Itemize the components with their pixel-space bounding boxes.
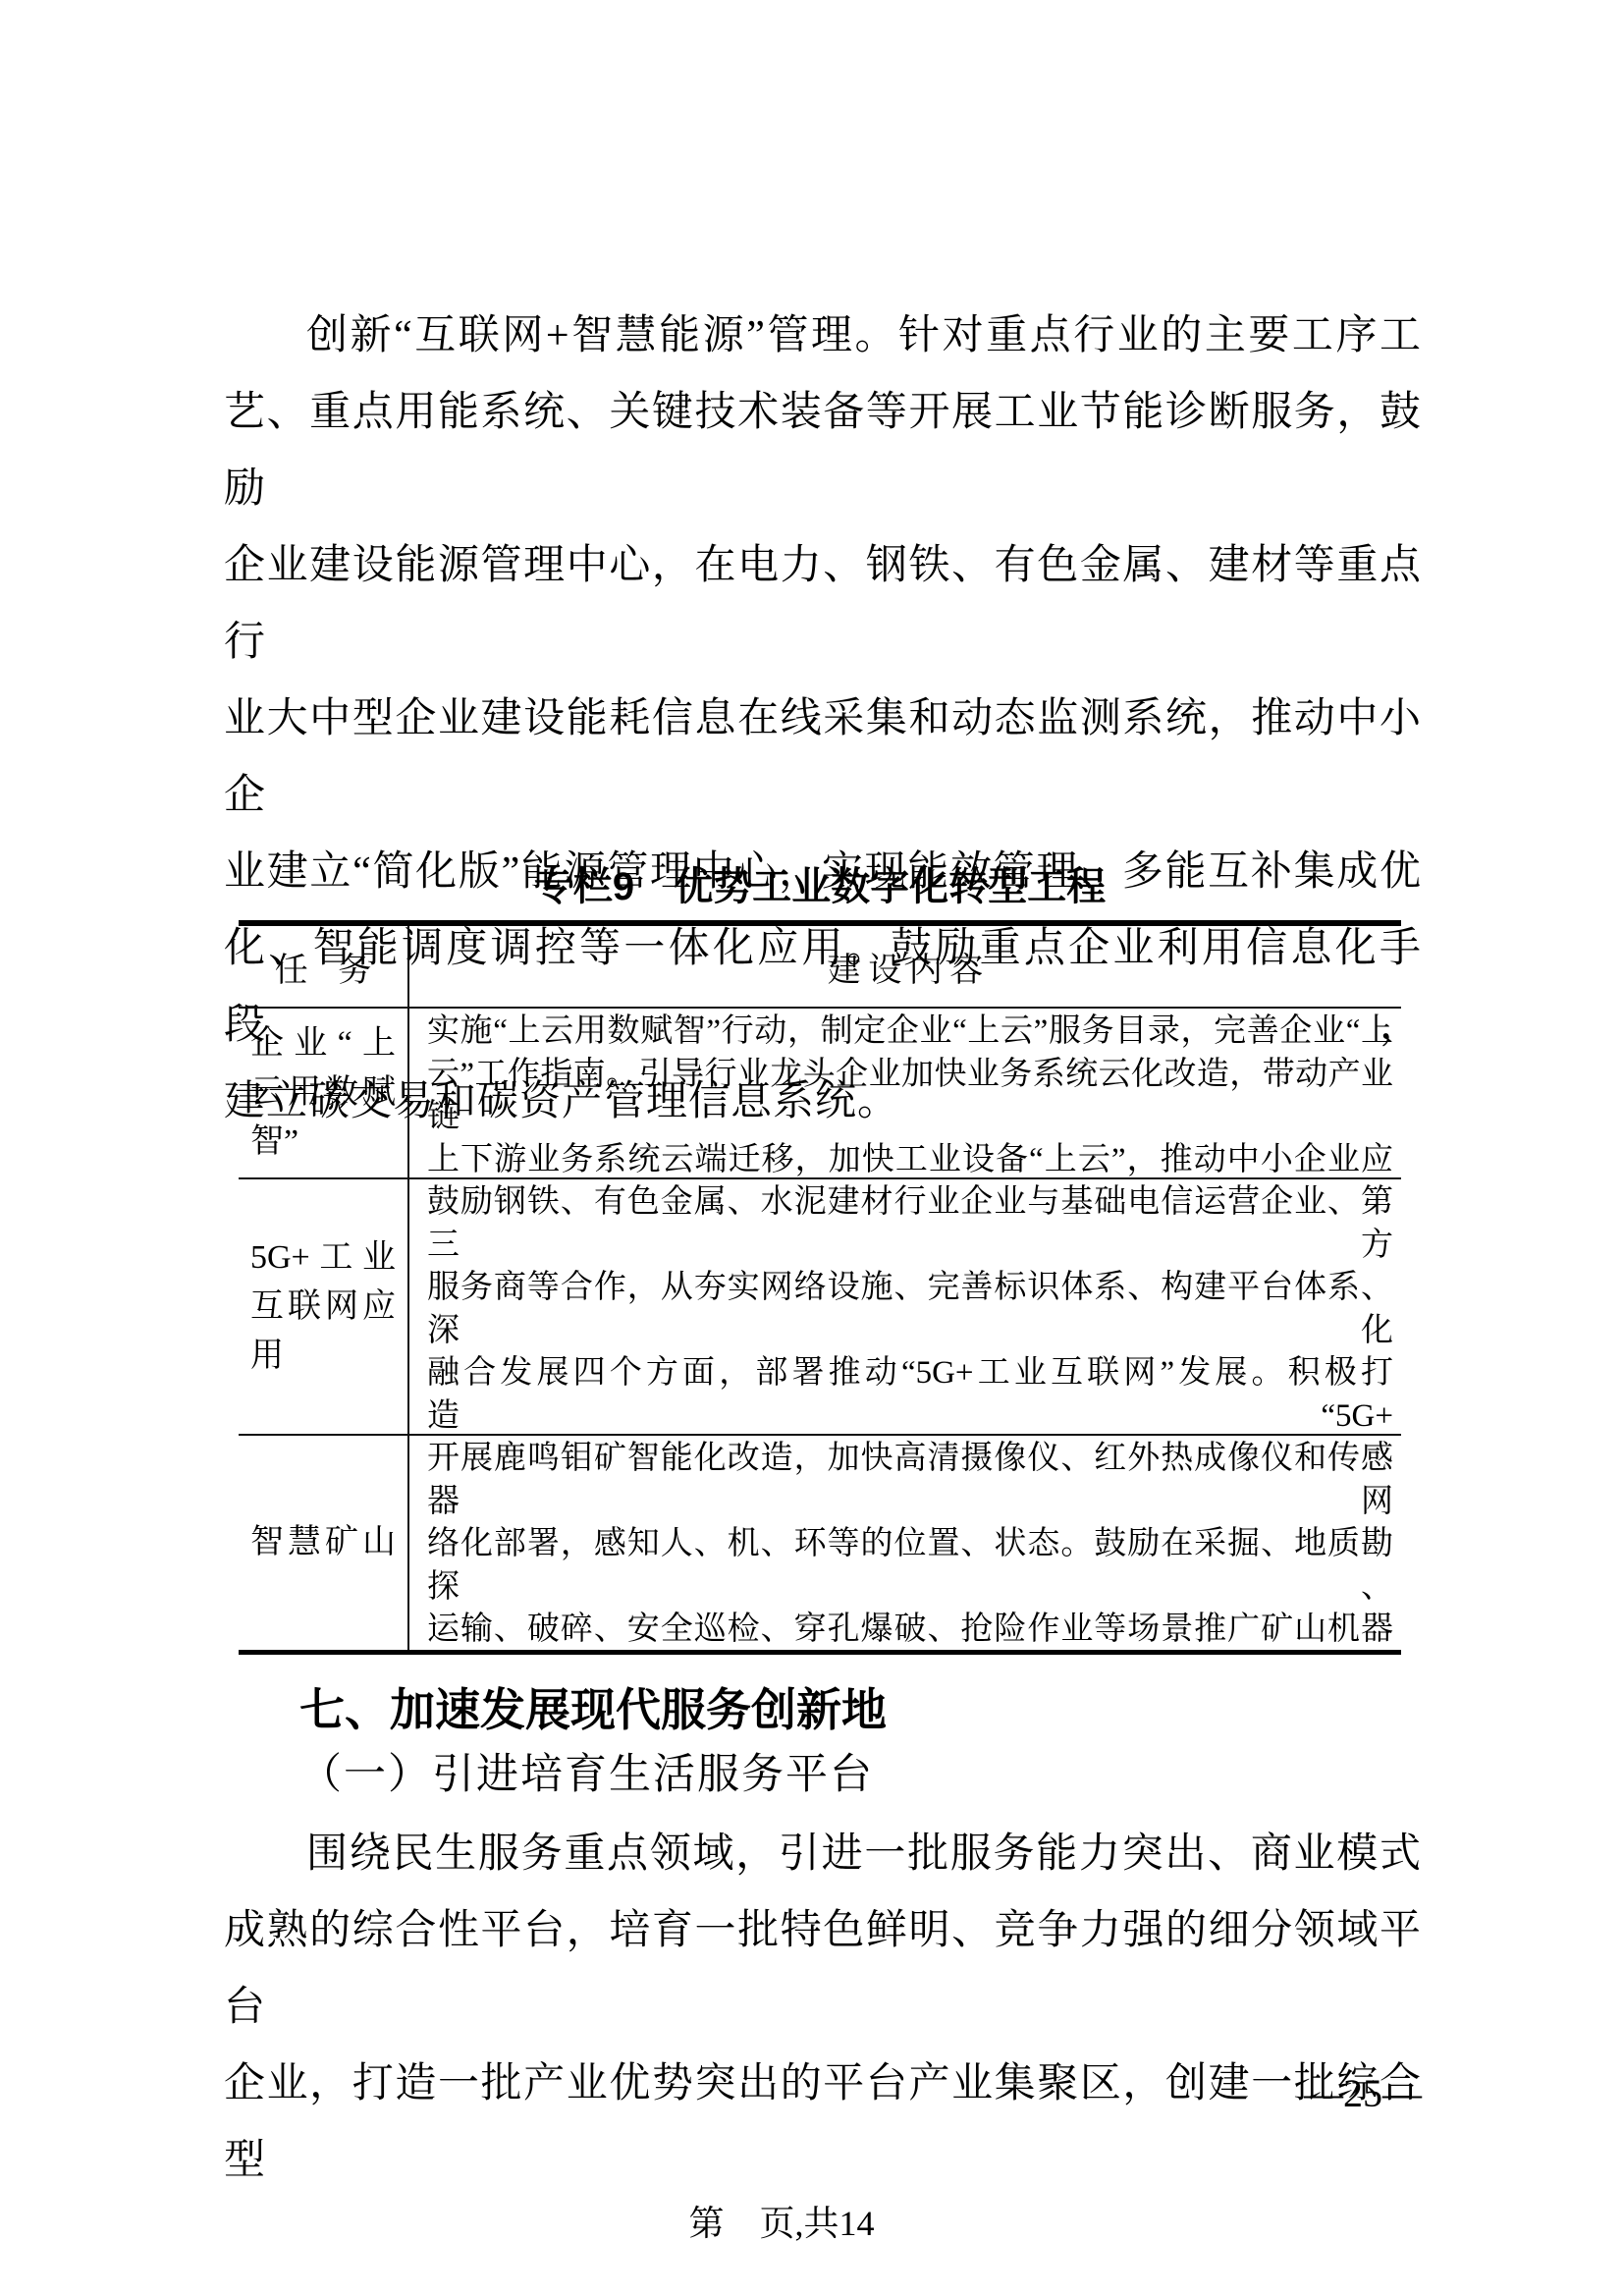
- text-line: 服务商等合作，从夯实网络设施、完善标识体系、构建平台体系、深化: [427, 1267, 1393, 1352]
- section-subheading-one: （一）引进培育生活服务平台: [224, 1748, 1422, 1803]
- document-page: 创新“互联网+智慧能源”管理。针对重点行业的主要工序工艺、重点用能系统、关键技术…: [0, 0, 1623, 2296]
- box-table-title: 专栏9 优势工业数字化转型工程: [239, 861, 1401, 912]
- page-number: —25—: [1304, 2070, 1422, 2117]
- text-line: 融合发展四个方面，部署推动“5G+工业互联网”发展。积极打造“5G+: [427, 1352, 1393, 1434]
- text-line: 开展鹿鸣钼矿智能化改造，加快高清摄像仪、红外热成像仪和传感器网: [427, 1438, 1393, 1523]
- table-header-content: 建设内容: [409, 926, 1401, 1007]
- section-heading-seven: 七、加速发展现代服务创新地: [224, 1681, 1422, 1738]
- paragraph-service-platform: 围绕民生服务重点领域，引进一批服务能力突出、商业模式成熟的综合性平台，培育一批特…: [224, 1816, 1422, 2199]
- text-line: 云用数赋: [250, 1068, 396, 1118]
- text-line: 用: [250, 1332, 396, 1381]
- text-line: 业大中型企业建设能耗信息在线采集和动态监测系统，推动中小企: [224, 681, 1422, 834]
- table-row1-task-cloud-empowerment: 企业“上云用数赋智”: [239, 1007, 409, 1177]
- text-line: 络化部署，感知人、机、环等的位置、状态。鼓励在采掘、地质勘探、: [427, 1523, 1393, 1609]
- text-line: 云”工作指南。引导行业龙头企业加快业务系统云化改造，带动产业链: [427, 1054, 1393, 1139]
- text-line: 智”: [250, 1118, 396, 1167]
- text-line: 实施“上云用数赋智”行动，制定企业“上云”服务目录，完善企业“上: [427, 1011, 1393, 1054]
- table-row2-task-5g-industrial-internet: 5G+工业互联网应用: [239, 1177, 409, 1434]
- table-header-task: 任务: [239, 926, 409, 1007]
- text-line: 企业“上: [250, 1019, 396, 1068]
- text-line: 5G+工业: [250, 1233, 396, 1283]
- footer-page-label: 第 页,共14: [688, 2202, 874, 2245]
- table-row3-content: 开展鹿鸣钼矿智能化改造，加快高清摄像仪、红外热成像仪和传感器网络化部署，感知人、…: [409, 1434, 1401, 1650]
- table-row1-content: 实施“上云用数赋智”行动，制定企业“上云”服务目录，完善企业“上云”工作指南。引…: [409, 1007, 1401, 1177]
- text-line: 围绕民生服务重点领域，引进一批服务能力突出、商业模式: [224, 1816, 1422, 1892]
- text-line: 成熟的综合性平台，培育一批特色鲜明、竞争力强的细分领域平台: [224, 1892, 1422, 2046]
- text-line: 运输、破碎、安全巡检、穿孔爆破、抢险作业等场景推广矿山机器人应: [427, 1609, 1393, 1650]
- text-line: 企业，打造一批产业优势突出的平台产业集聚区，创建一批综合型: [224, 2046, 1422, 2199]
- text-line: 鼓励钢铁、有色金属、水泥建材行业企业与基础电信运营企业、第三方: [427, 1181, 1393, 1267]
- text-line: 企业建设能源管理中心，在电力、钢铁、有色金属、建材等重点行: [224, 527, 1422, 681]
- text-line: 互联网应: [250, 1283, 396, 1332]
- text-line: 创新“互联网+智慧能源”管理。针对重点行业的主要工序工: [224, 298, 1422, 374]
- text-line: 上下游业务系统云端迁移，加快工业设备“上云”，推动中小企业应用: [427, 1139, 1393, 1178]
- text-line: 艺、重点用能系统、关键技术装备等开展工业节能诊断服务，鼓励: [224, 374, 1422, 527]
- table-row2-content: 鼓励钢铁、有色金属、水泥建材行业企业与基础电信运营企业、第三方服务商等合作，从夯…: [409, 1177, 1401, 1434]
- table-row3-task-smart-mine: 智慧矿山: [239, 1434, 409, 1650]
- text-line: 智慧矿山: [250, 1518, 396, 1567]
- box9-table: 任务 建设内容 企业“上云用数赋智” 实施“上云用数赋智”行动，制定企业“上云”…: [239, 920, 1401, 1655]
